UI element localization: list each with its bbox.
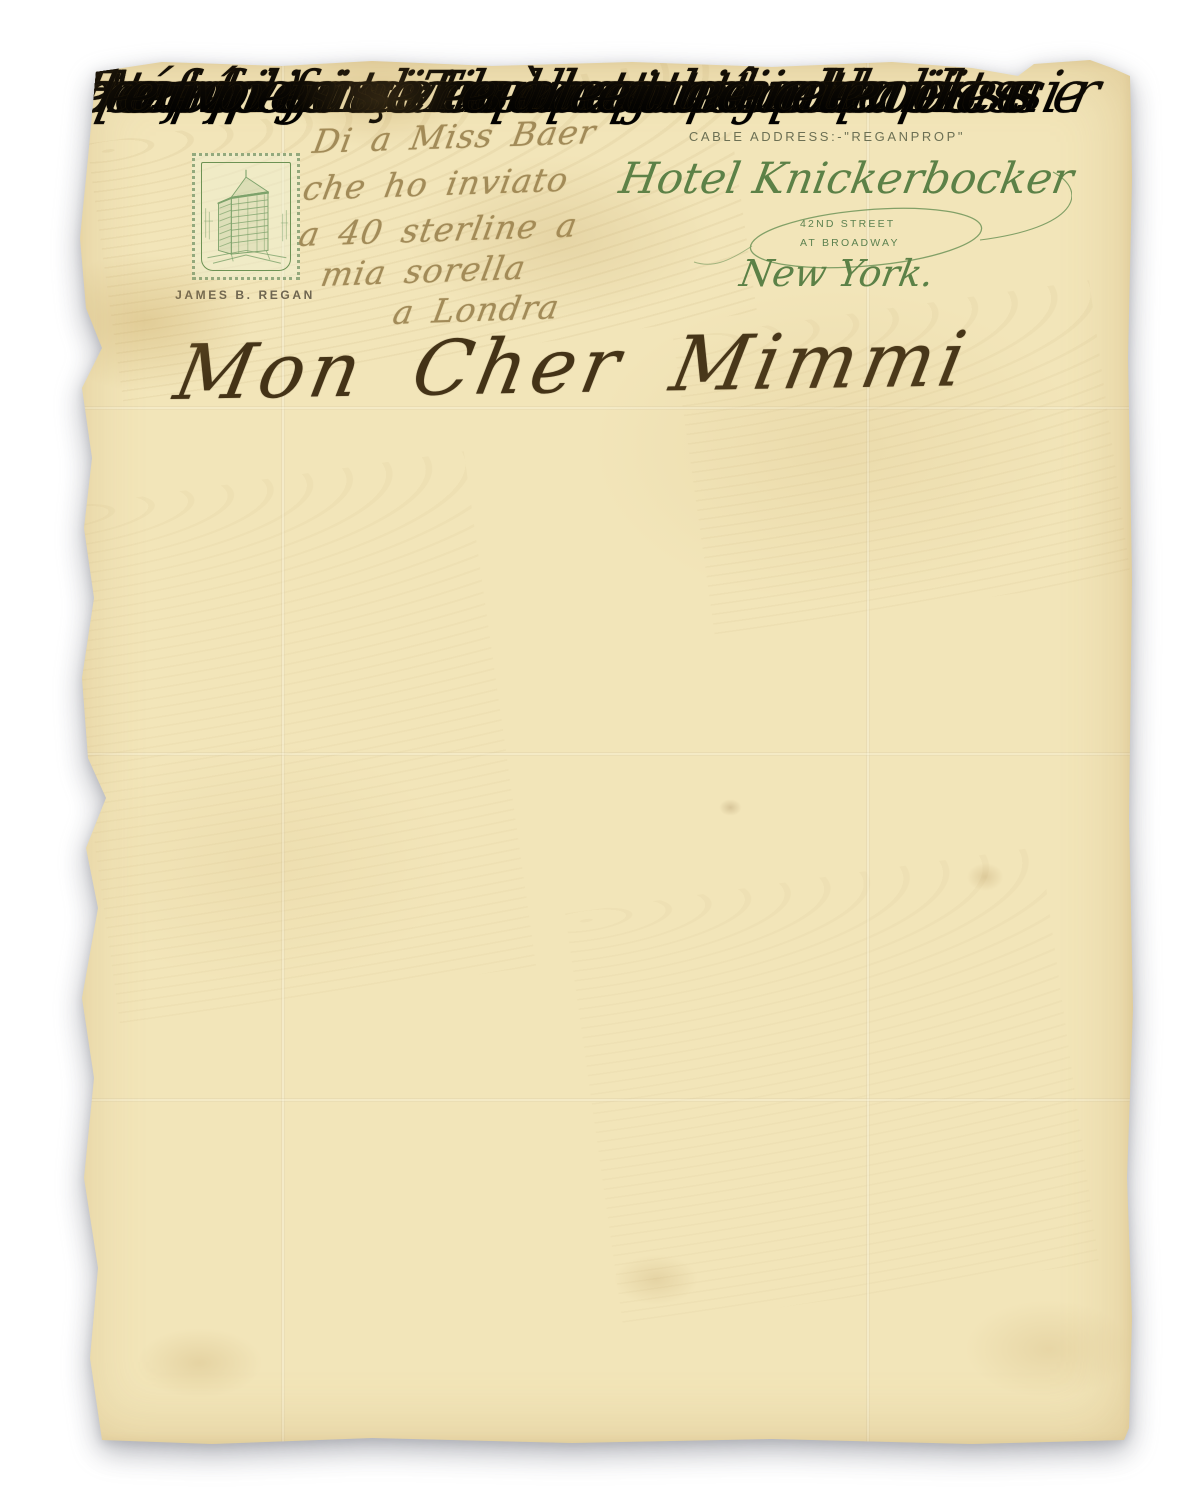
- letter-line: de penser à etudier il: [72, 58, 979, 126]
- letterhead-stamp: [192, 153, 300, 280]
- salutation: Mon Cher Mimmi: [168, 314, 978, 417]
- bleedthrough-texture: [48, 451, 536, 1024]
- hotel-building-engraving-icon: [202, 163, 290, 270]
- marginalia-note-line: che ho inviato: [300, 160, 572, 208]
- city-name: New York.: [658, 252, 1016, 295]
- cable-address: CABLE ADDRESS:-"REGANPROP": [627, 129, 1027, 144]
- stamp-shield-frame: [201, 162, 291, 271]
- marginalia-note-line: mia sorella: [318, 248, 529, 294]
- fold-crease-horizontal: [72, 1098, 1134, 1102]
- hotel-name: Hotel Knickerbocker: [616, 154, 1065, 204]
- street-line-1: 42ND STREET: [800, 218, 895, 230]
- letter-photo: JAMES B. REGAN CABLE ADDRESS:-"REGANPROP…: [0, 0, 1200, 1506]
- street-line-2: AT BROADWAY: [800, 237, 900, 249]
- fold-crease-horizontal: [72, 752, 1134, 756]
- paper-sheet: JAMES B. REGAN CABLE ADDRESS:-"REGANPROP…: [72, 58, 1134, 1446]
- stamp-caption: JAMES B. REGAN: [160, 288, 330, 302]
- marginalia-note-line: a 40 sterline a: [296, 205, 581, 254]
- bleedthrough-texture: [565, 847, 1099, 1330]
- paper-sheet-wrap: JAMES B. REGAN CABLE ADDRESS:-"REGANPROP…: [72, 58, 1134, 1446]
